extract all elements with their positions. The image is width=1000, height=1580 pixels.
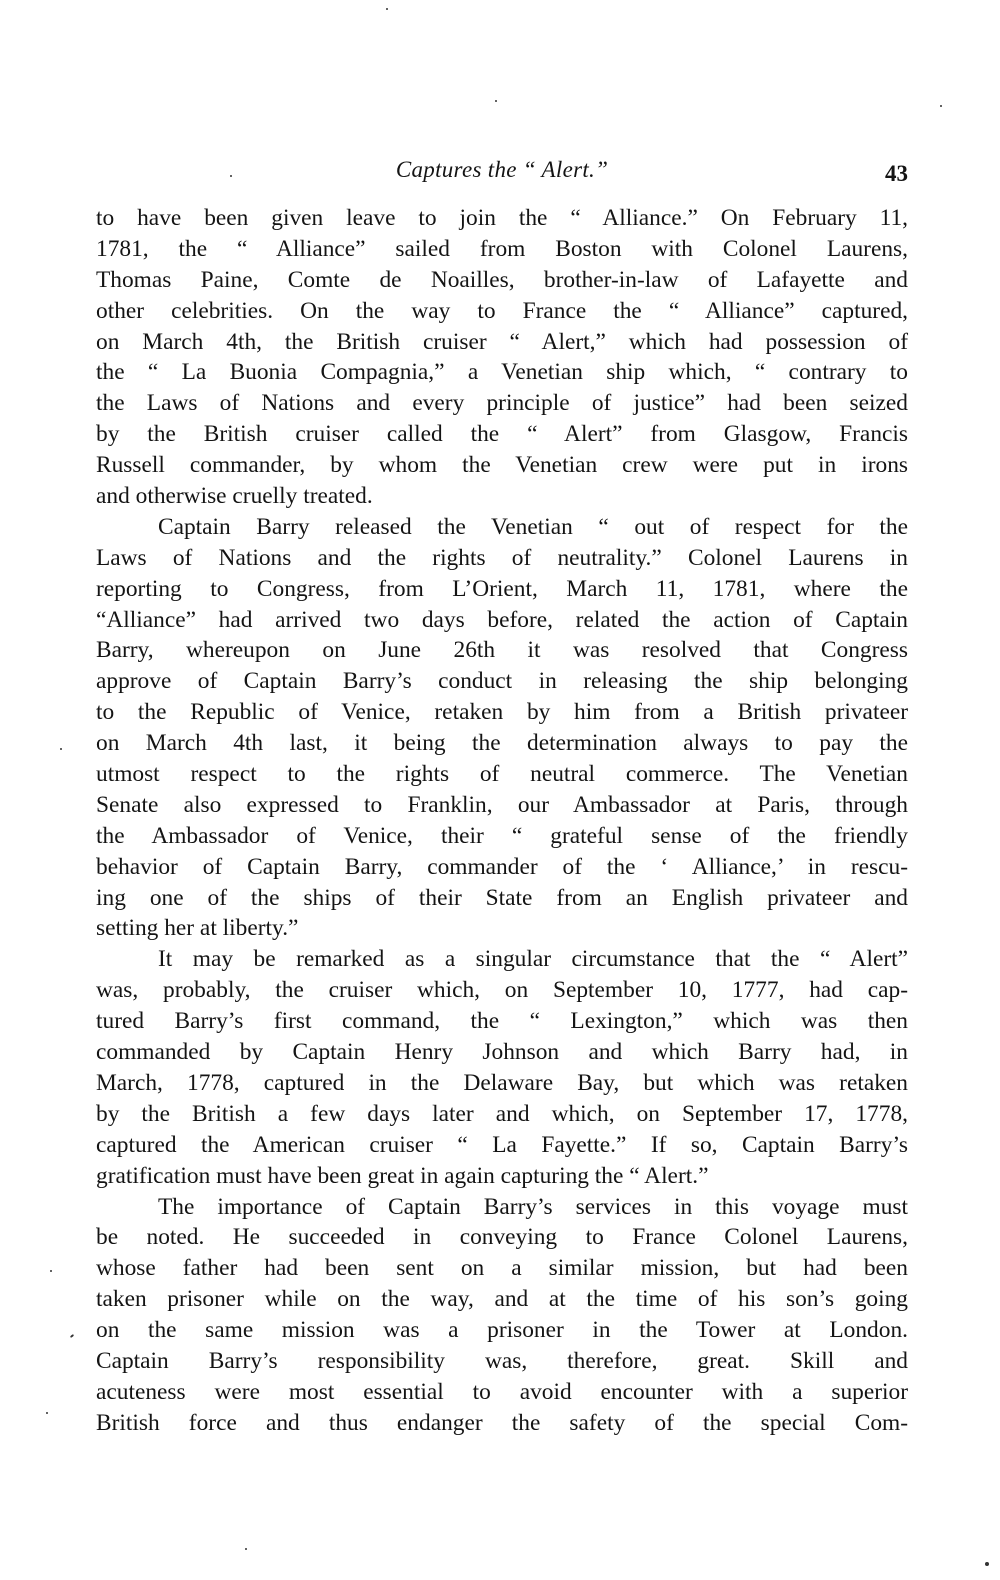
scan-speck: [386, 8, 388, 10]
text-line: to have been given leave to join the “ A…: [96, 203, 908, 234]
text-line: The importance of Captain Barry’s servic…: [96, 1192, 908, 1223]
text-line: the Laws of Nations and every principle …: [96, 388, 908, 419]
scan-speck: [60, 748, 62, 750]
text-line: the Ambassador of Venice, their “ gratef…: [96, 821, 908, 852]
text-line: Barry, whereupon on June 26th it was res…: [96, 635, 908, 666]
text-line: and otherwise cruelly treated.: [96, 481, 908, 512]
text-line: by the British cruiser called the “ Aler…: [96, 419, 908, 450]
text-line: on March 4th, the British cruiser “ Aler…: [96, 327, 908, 358]
text-line: captured the American cruiser “ La Fayet…: [96, 1130, 908, 1161]
text-line: whose father had been sent on a similar …: [96, 1253, 908, 1284]
text-line: on March 4th last, it being the determin…: [96, 728, 908, 759]
running-title: Captures the “ Alert.”: [96, 157, 908, 183]
text-line: Captain Barry’s responsibility was, ther…: [96, 1346, 908, 1377]
text-line: be noted. He succeeded in conveying to F…: [96, 1222, 908, 1253]
text-line: Senate also expressed to Franklin, our A…: [96, 790, 908, 821]
scan-speck: [46, 1412, 48, 1414]
text-line: setting her at liberty.”: [96, 913, 908, 944]
text-line: by the British a few days later and whic…: [96, 1099, 908, 1130]
page-number: 43: [885, 161, 908, 187]
text-line: ing one of the ships of their State from…: [96, 883, 908, 914]
text-line: was, probably, the cruiser which, on Sep…: [96, 975, 908, 1006]
text-line: Laws of Nations and the rights of neutra…: [96, 543, 908, 574]
text-line: taken prisoner while on the way, and at …: [96, 1284, 908, 1315]
text-line: Thomas Paine, Comte de Noailles, brother…: [96, 265, 908, 296]
text-line: approve of Captain Barry’s conduct in re…: [96, 666, 908, 697]
text-line: British force and thus endanger the safe…: [96, 1408, 908, 1439]
text-line: on the same mission was a prisoner in th…: [96, 1315, 908, 1346]
scan-speck: [495, 100, 497, 102]
text-line: 1781, the “ Alliance” sailed from Boston…: [96, 234, 908, 265]
text-line: acuteness were most essential to avoid e…: [96, 1377, 908, 1408]
scan-speck: [940, 105, 942, 107]
text-line: Captain Barry released the Venetian “ ou…: [96, 512, 908, 543]
text-line: tured Barry’s first command, the “ Lexin…: [96, 1006, 908, 1037]
text-line: reporting to Congress, from L’Orient, Ma…: [96, 574, 908, 605]
scan-speck: [985, 1562, 989, 1566]
text-line: other celebrities. On the way to France …: [96, 296, 908, 327]
text-line: the “ La Buonia Compagnia,” a Venetian s…: [96, 357, 908, 388]
body-text: to have been given leave to join the “ A…: [96, 203, 908, 1439]
text-line: gratification must have been great in ag…: [96, 1161, 908, 1192]
scan-speck: [245, 1548, 247, 1550]
book-page: Captures the “ Alert.” 43 to have been g…: [0, 0, 1000, 1580]
scan-speck: [70, 1334, 74, 1338]
text-line: to the Republic of Venice, retaken by hi…: [96, 697, 908, 728]
text-line: “Alliance” had arrived two days before, …: [96, 605, 908, 636]
running-head: Captures the “ Alert.” 43: [96, 157, 908, 189]
text-line: behavior of Captain Barry, commander of …: [96, 852, 908, 883]
scan-speck: [50, 1270, 52, 1272]
text-line: March, 1778, captured in the Delaware Ba…: [96, 1068, 908, 1099]
text-line: utmost respect to the rights of neutral …: [96, 759, 908, 790]
scan-speck: [230, 175, 232, 177]
text-line: commanded by Captain Henry Johnson and w…: [96, 1037, 908, 1068]
text-line: It may be remarked as a singular circums…: [96, 944, 908, 975]
text-line: Russell commander, by whom the Venetian …: [96, 450, 908, 481]
